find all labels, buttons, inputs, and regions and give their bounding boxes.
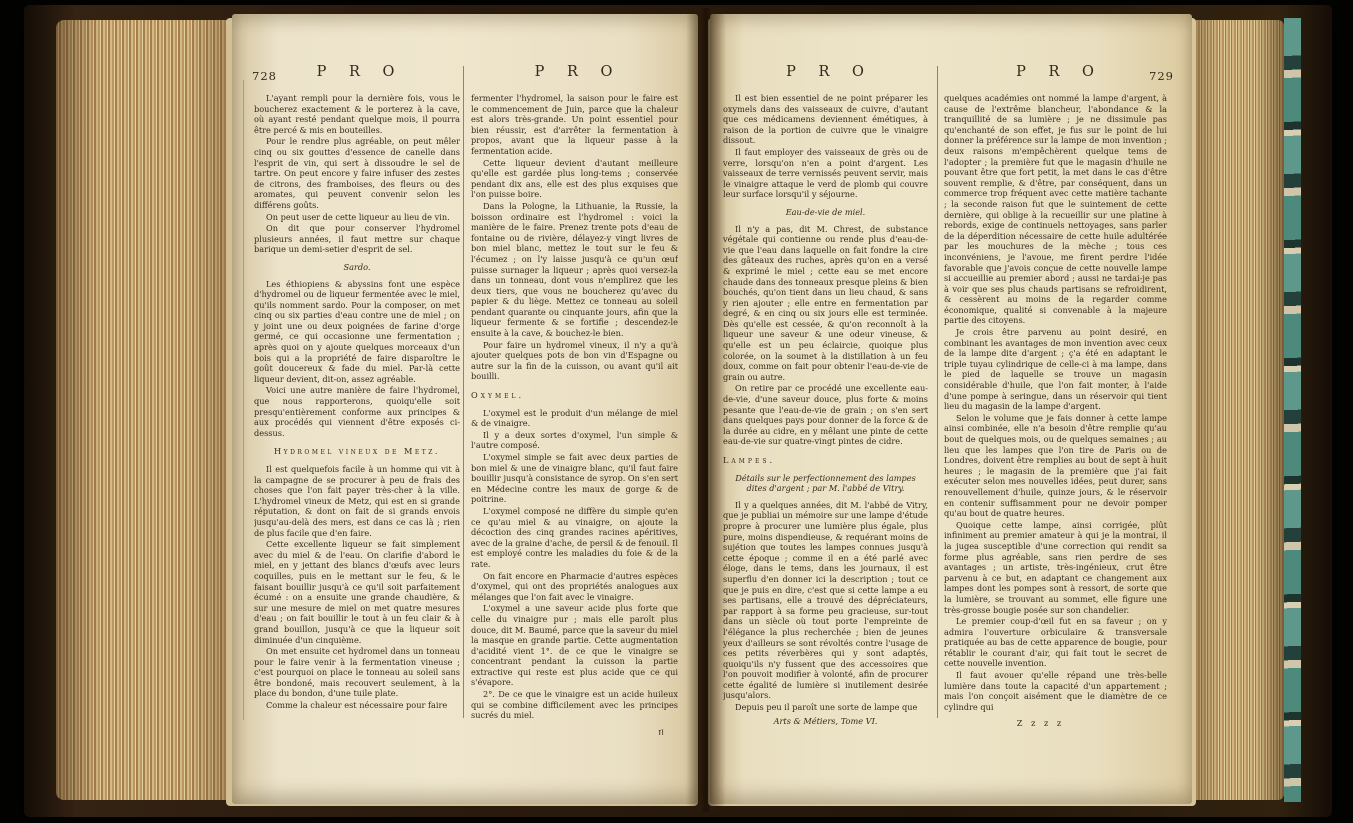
paragraph: Le premier coup-d'œil fut en sa faveur ;… [944, 616, 1167, 669]
paragraph: Pour faire un hydromel vineux, il n'y a … [471, 340, 678, 382]
paragraph: Je crois être parvenu au point desiré, e… [944, 327, 1167, 412]
paragraph: L'oxymel a une saveur acide plus forte q… [471, 603, 678, 688]
footer-italic: Arts & Métiers, Tome VI. [723, 716, 928, 727]
left-page-column-1: L'ayant rempli pour la dernière fois, vo… [254, 93, 460, 735]
photo-of-open-book: { "palette": { "background": "#030302", … [0, 0, 1353, 823]
paragraph: On dit que pour conserver l'hydromel plu… [254, 223, 460, 255]
running-head-right-col2: P R O [944, 64, 1166, 80]
right-page-column-1: Il est bien essentiel de ne point prépar… [723, 93, 928, 735]
heading-caps: Hydromel vineux de Metz. [254, 446, 460, 457]
column-rule-right-page [937, 66, 938, 718]
left-page-column-2: fermenter l'hydromel, la saison pour le … [471, 93, 678, 735]
paragraph: L'oxymel est le produit d'un mélange de … [471, 408, 678, 429]
heading-italic: Détails sur le perfectionnement des lamp… [729, 473, 922, 494]
running-head-left-col1: P R O [252, 64, 459, 80]
paragraph: Il est bien essentiel de ne point prépar… [723, 93, 928, 146]
book: 728 P R O P R O L'ayant rempli pour la d… [0, 0, 1353, 823]
paragraph: 2°. De ce que le vinaigre est un acide h… [471, 689, 678, 721]
paragraph: Selon le volume que je fais donner à cet… [944, 413, 1167, 519]
paragraph: Voici une autre manière de faire l'hydro… [254, 385, 460, 438]
paragraph: Pour le rendre plus agréable, on peut mê… [254, 136, 460, 210]
para-cont: fermenter l'hydromel, la saison pour le … [471, 93, 678, 157]
paragraph: Il faut avouer qu'elle répand une très-b… [944, 670, 1167, 712]
left-page: 728 P R O P R O L'ayant rempli pour la d… [232, 14, 698, 804]
para-cont: quelques académies ont nommé la lampe d'… [944, 93, 1167, 326]
right-page-column-2: quelques académies ont nommé la lampe d'… [944, 93, 1167, 735]
paragraph: Il est quelquefois facile à un homme qui… [254, 464, 460, 538]
paragraph: Comme la chaleur est nécessaire pour fai… [254, 700, 460, 711]
heading-italic: Sardo. [260, 262, 454, 273]
column-rule-left-page [463, 66, 464, 718]
paragraph: Cette excellente liqueur se fait simplem… [254, 539, 460, 645]
paragraph: L'oxymel simple se fait avec deux partie… [471, 452, 678, 505]
paragraph: On met ensuite cet hydromel dans un tonn… [254, 646, 460, 699]
catchword: Il [471, 728, 678, 735]
paragraph: On retire par ce procédé une excellente … [723, 383, 928, 447]
paragraph: Il y a deux sortes d'oxymel, l'un simple… [471, 430, 678, 451]
marbled-edge [1284, 18, 1301, 802]
paragraph: Quoique cette lampe, ainsi corrigée, plû… [944, 520, 1167, 615]
heading-caps-left: Lampes. [723, 455, 928, 466]
paragraph: Il faut employer des vaisseaux de grès o… [723, 147, 928, 200]
right-page: 729 P R O P R O Il est bien essentiel de… [710, 14, 1192, 804]
book-gutter [686, 8, 726, 812]
heading-italic: Eau-de-vie de miel. [729, 207, 922, 218]
running-head-right-col1: P R O [722, 64, 928, 80]
paragraph: Cette liqueur devient d'autant meilleure… [471, 158, 678, 200]
margin-rule [243, 80, 244, 720]
paragraph: L'ayant rempli pour la dernière fois, vo… [254, 93, 460, 135]
paragraph: Il n'y a pas, dit M. Chrest, de substanc… [723, 224, 928, 383]
paragraph: Depuis peu il paroît une sorte de lampe … [723, 702, 928, 713]
page-edges-left [56, 20, 234, 800]
paragraph: On fait encore en Pharmacie d'autres esp… [471, 571, 678, 603]
paragraph: Dans la Pologne, la Lithuanie, la Russie… [471, 201, 678, 339]
paragraph: L'oxymel composé ne diffère du simple qu… [471, 506, 678, 570]
paragraph: Les éthiopiens & abyssins font une espèc… [254, 279, 460, 385]
signature: Z z z z [944, 718, 1167, 729]
paragraph: Il y a quelques années, dit M. l'abbé de… [723, 500, 928, 701]
running-head-left-col2: P R O [470, 64, 677, 80]
heading-caps-left: Oxymel. [471, 390, 678, 401]
page-edges-right [1192, 20, 1284, 800]
paragraph: On peut user de cette liqueur au lieu de… [254, 212, 460, 223]
